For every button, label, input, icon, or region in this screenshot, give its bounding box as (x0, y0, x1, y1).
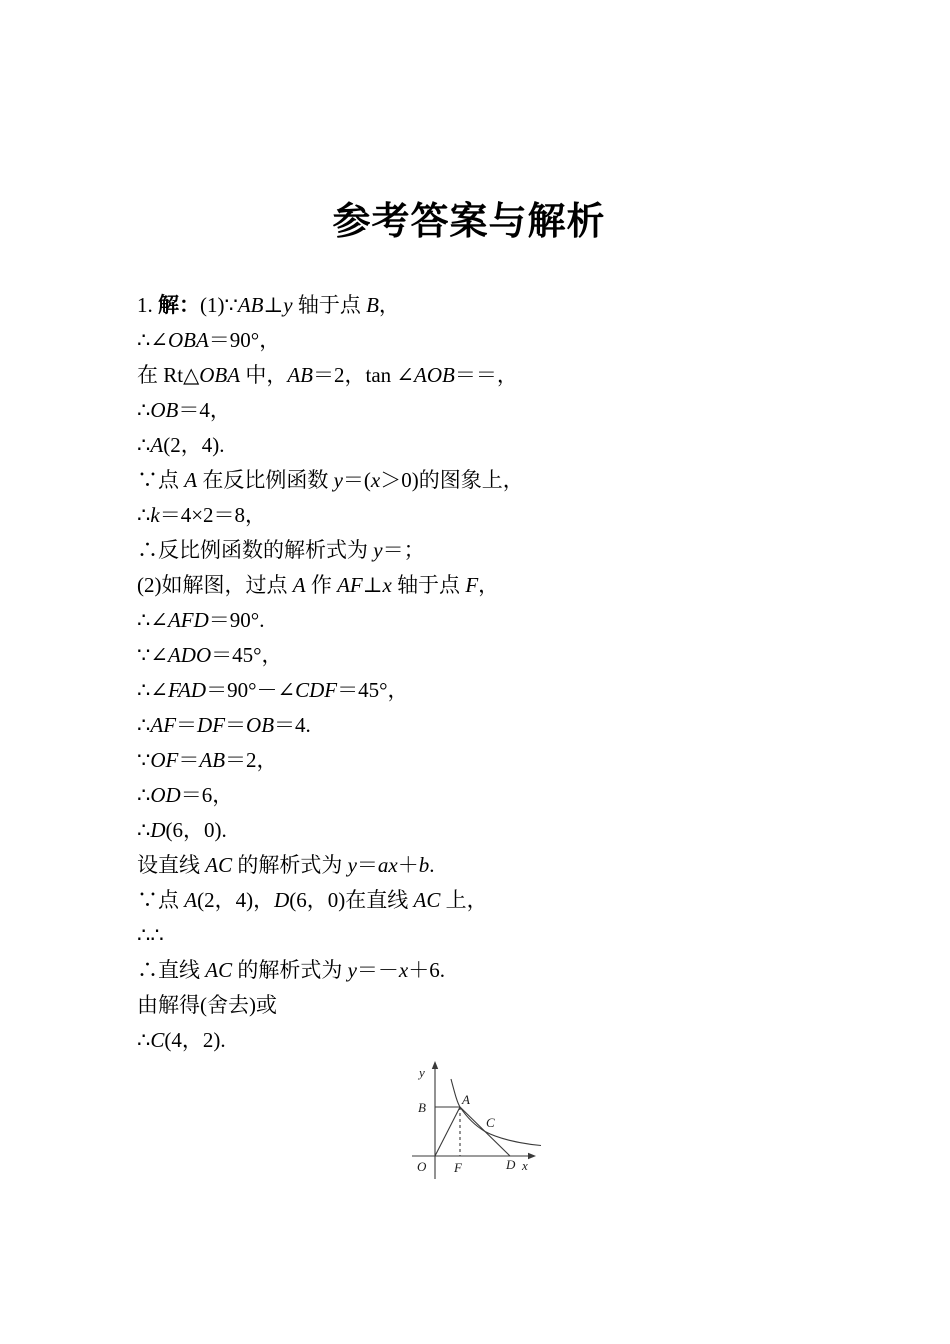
text-line: ∵∠ADO＝45°， (137, 638, 837, 673)
text-line: ∴OB＝4， (137, 393, 837, 428)
text-line: 由解得(舍去)或 (137, 988, 837, 1023)
text-line: ∴直线 AC 的解析式为 y＝－x＋6. (137, 953, 837, 988)
text-line: (2)如解图，过点 A 作 AF⊥x 轴于点 F， (137, 568, 837, 603)
text-line: ∴OD＝6， (137, 778, 837, 813)
text-line: ∴C(4，2). (137, 1023, 837, 1058)
figure-label-b: B (418, 1100, 426, 1115)
page-title: 参考答案与解析 (137, 190, 801, 245)
figure-label-y: y (417, 1065, 425, 1080)
segment-oa (435, 1107, 460, 1156)
text-line: ∴∠FAD＝90°－∠CDF＝45°， (137, 673, 837, 708)
text-line: 1. 解：(1)∵AB⊥y 轴于点 B， (137, 288, 837, 323)
text-line: ∴k＝4×2＝8， (137, 498, 837, 533)
text-line: ∴AF＝DF＝OB＝4. (137, 708, 837, 743)
figure-label-d: D (505, 1157, 516, 1172)
text-line: ∴D(6，0). (137, 813, 837, 848)
figure-label-o: O (417, 1159, 427, 1174)
text-line: ∴∠AFD＝90°. (137, 603, 837, 638)
figure-label-a: A (461, 1092, 470, 1107)
text-line: 在 Rt△OBA 中，AB＝2，tan ∠AOB＝＝， (137, 358, 837, 393)
text-line: ∵OF＝AB＝2， (137, 743, 837, 778)
text-line: ∴∴ (137, 918, 837, 953)
x-axis-arrow-icon (528, 1153, 536, 1159)
text-line: ∴反比例函数的解析式为 y＝； (137, 533, 837, 568)
document-page: { "doc": { "title": "参考答案与解析", "lines": … (0, 0, 950, 1344)
figure-label-c: C (486, 1115, 495, 1130)
solution-text: 1. 解：(1)∵AB⊥y 轴于点 B，∴∠OBA＝90°，在 Rt△OBA 中… (137, 288, 837, 1058)
text-line: ∴∠OBA＝90°， (137, 323, 837, 358)
text-line: ∴A(2，4). (137, 428, 837, 463)
figure-label-f: F (453, 1160, 463, 1175)
figure-label-x: x (521, 1158, 528, 1173)
geometry-figure: y B A C O F D x (405, 1058, 550, 1190)
y-axis-arrow-icon (432, 1061, 438, 1069)
text-line: 设直线 AC 的解析式为 y＝ax＋b. (137, 848, 837, 883)
text-line: ∵点 A(2，4)，D(6，0)在直线 AC 上， (137, 883, 837, 918)
hyperbola-curve (451, 1079, 541, 1146)
text-line: ∵点 A 在反比例函数 y＝(x＞0)的图象上， (137, 463, 837, 498)
